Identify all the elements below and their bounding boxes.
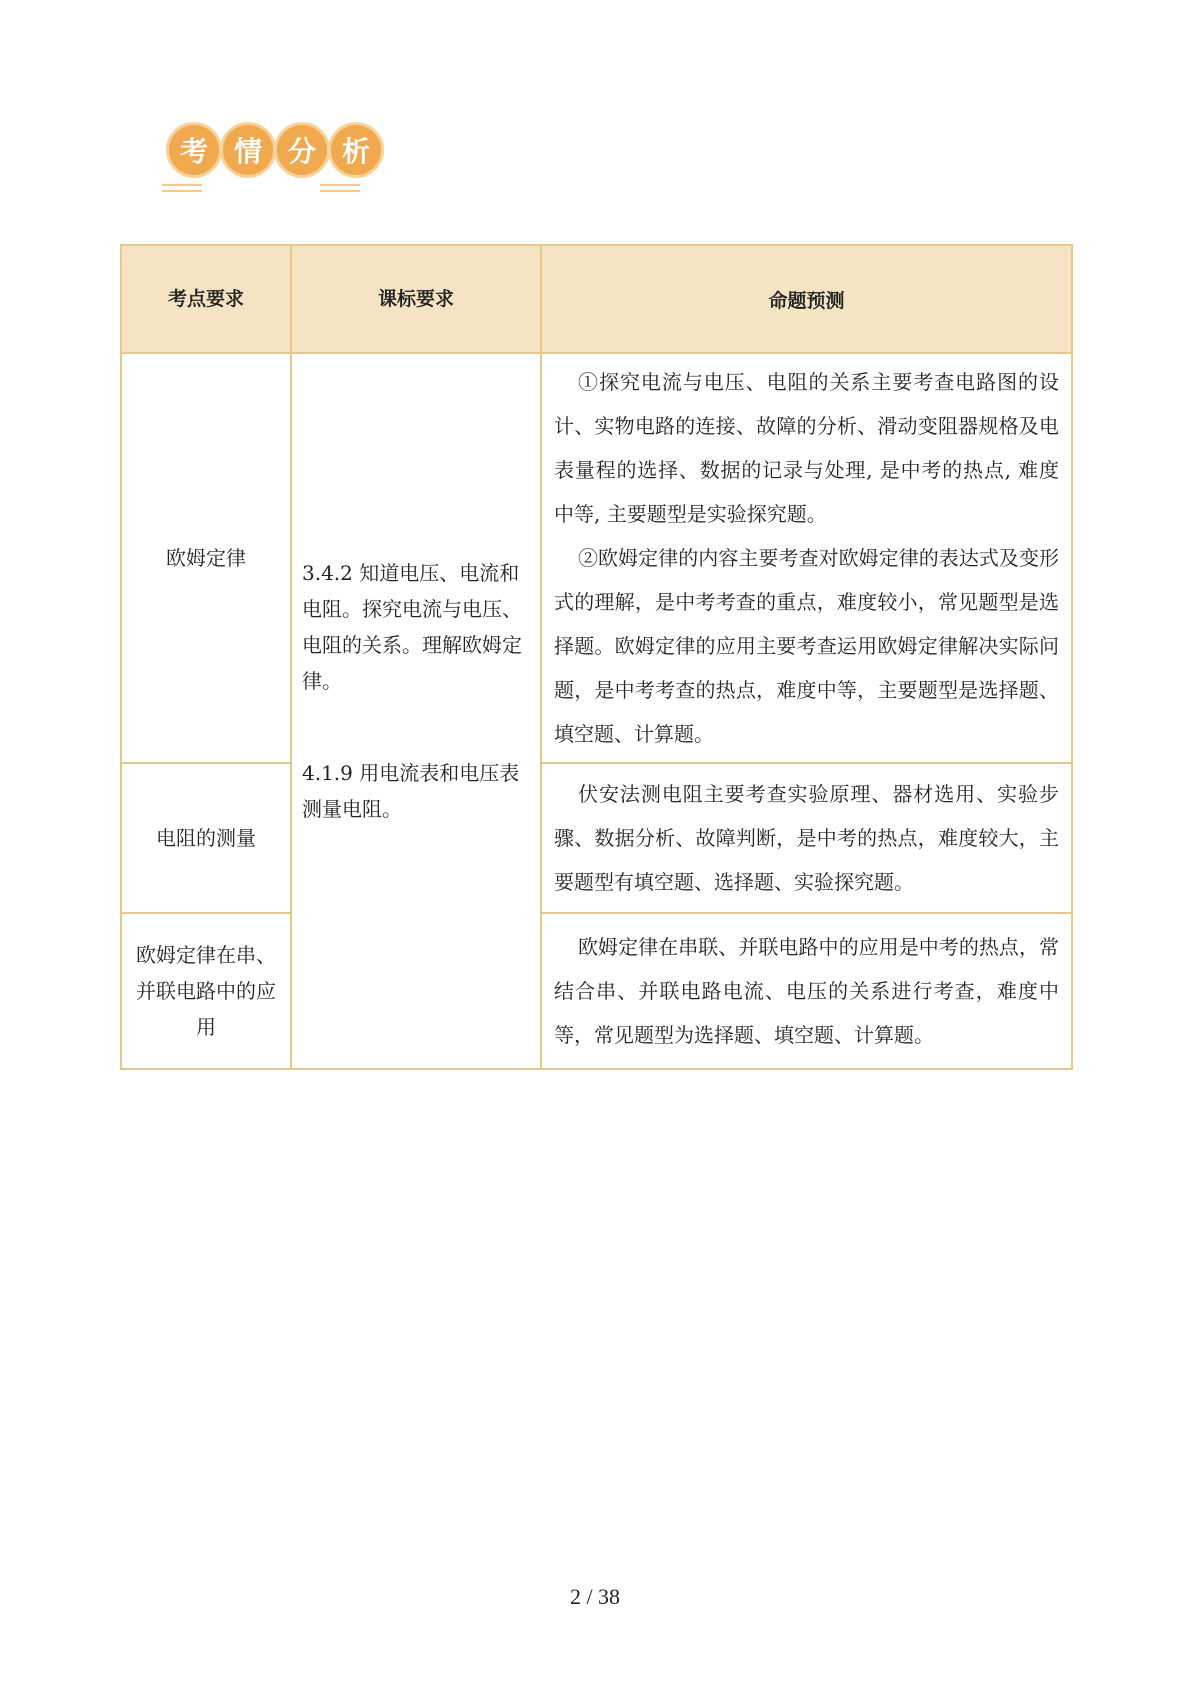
badge-char: 情 [220, 122, 276, 178]
prediction-cell: 伏安法测电阻主要考查实验原理、器材选用、实验步骤、数据分析、故障判断，是中考的热… [541, 763, 1072, 913]
curriculum-item: 4.1.9 用电流表和电压表测量电阻。 [302, 755, 530, 827]
prediction-cell: 欧姆定律在串联、并联电路中的应用是中考的热点，常结合串、并联电路电流、电压的关系… [541, 913, 1072, 1069]
prediction-paragraph: ②欧姆定律的内容主要考查对欧姆定律的表达式及变形式的理解，是中考考查的重点，难度… [554, 536, 1059, 756]
prediction-paragraph: 伏安法测电阻主要考查实验原理、器材选用、实验步骤、数据分析、故障判断，是中考的热… [554, 772, 1059, 904]
topic-cell: 电阻的测量 [121, 763, 291, 913]
table-row: 欧姆定律在串、并联电路中的应用 欧姆定律在串联、并联电路中的应用是中考的热点，常… [121, 913, 1072, 1069]
prediction-paragraph: ①探究电流与电压、电阻的关系主要考查电路图的设计、实物电路的连接、故障的分析、滑… [554, 360, 1059, 536]
table-row: 电阻的测量 伏安法测电阻主要考查实验原理、器材选用、实验步骤、数据分析、故障判断… [121, 763, 1072, 913]
table-header-row: 考点要求 课标要求 命题预测 [121, 245, 1072, 353]
badge-char: 分 [274, 122, 330, 178]
topic-cell: 欧姆定律 [121, 353, 291, 763]
header-exam-points: 考点要求 [121, 245, 291, 353]
section-badge-kaoqing-fenxi: 考 情 分 析 [166, 122, 386, 202]
table-row: 欧姆定律 3.4.2 知道电压、电流和电阻。探究电流与电压、电阻的关系。理解欧姆… [121, 353, 1072, 763]
curriculum-cell: 3.4.2 知道电压、电流和电阻。探究电流与电压、电阻的关系。理解欧姆定律。 4… [291, 353, 541, 1069]
badge-char: 析 [328, 122, 384, 178]
topic-cell: 欧姆定律在串、并联电路中的应用 [121, 913, 291, 1069]
exam-analysis-table: 考点要求 课标要求 命题预测 欧姆定律 3.4.2 知道电压、电流和电阻。探究电… [120, 244, 1073, 1070]
curriculum-item: 3.4.2 知道电压、电流和电阻。探究电流与电压、电阻的关系。理解欧姆定律。 [302, 555, 530, 699]
badge-char: 考 [166, 122, 222, 178]
prediction-cell: ①探究电流与电压、电阻的关系主要考查电路图的设计、实物电路的连接、故障的分析、滑… [541, 353, 1072, 763]
header-curriculum: 课标要求 [291, 245, 541, 353]
header-prediction: 命题预测 [541, 245, 1072, 353]
page-number: 2 / 38 [0, 1584, 1190, 1610]
prediction-paragraph: 欧姆定律在串联、并联电路中的应用是中考的热点，常结合串、并联电路电流、电压的关系… [554, 925, 1059, 1057]
